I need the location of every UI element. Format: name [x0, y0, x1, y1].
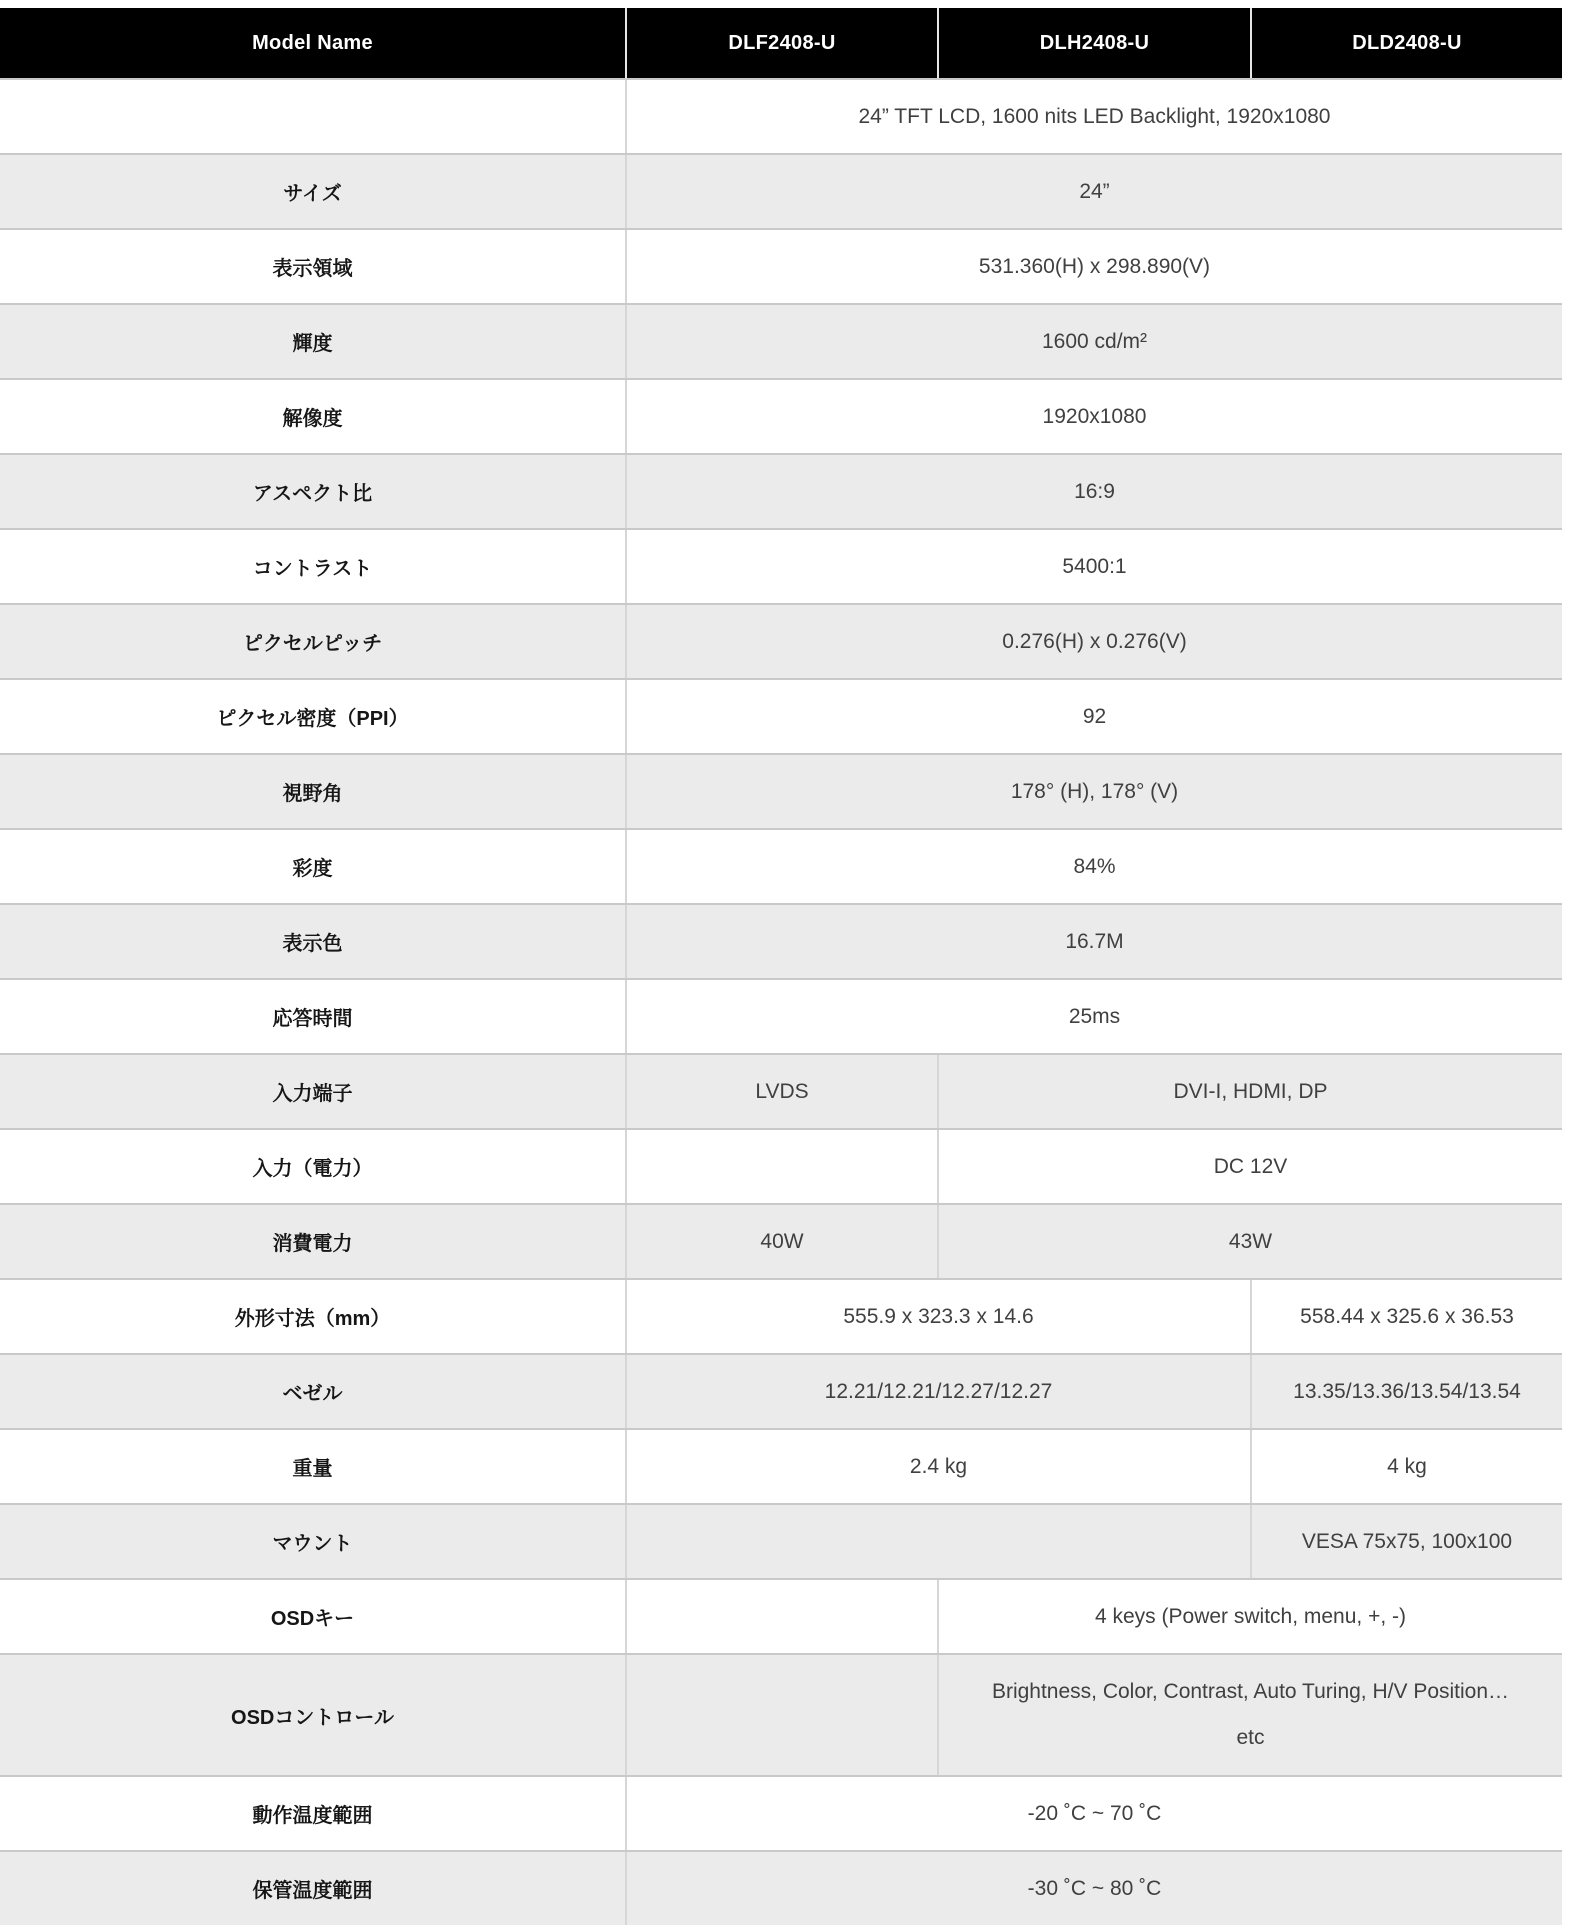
row-value-dld: 558.44 x 325.6 x 36.53 — [1250, 1280, 1562, 1353]
row-label: マウント — [0, 1505, 625, 1578]
row-label: OSDキー — [0, 1580, 625, 1653]
spec-row-weight: 重量 2.4 kg 4 kg — [0, 1428, 1562, 1503]
monitor-spec-table: Model Name DLF2408-U DLH2408-U DLD2408-U… — [0, 8, 1562, 1925]
spec-row-display-area: 表示領域 531.360(H) x 298.890(V) — [0, 228, 1562, 303]
spec-row-contrast: コントラスト 5400:1 — [0, 528, 1562, 603]
row-label: アスペクト比 — [0, 455, 625, 528]
row-label: 解像度 — [0, 380, 625, 453]
row-label: 保管温度範囲 — [0, 1852, 625, 1925]
row-value-dlf — [625, 1580, 937, 1653]
spec-row-display-colors: 表示色 16.7M — [0, 903, 1562, 978]
row-value-dld: 13.35/13.36/13.54/13.54 — [1250, 1355, 1562, 1428]
row-value-dld: VESA 75x75, 100x100 — [1250, 1505, 1562, 1578]
row-label: 輝度 — [0, 305, 625, 378]
row-label: 動作温度範囲 — [0, 1777, 625, 1850]
row-label — [0, 80, 625, 153]
row-value-dlf: 40W — [625, 1205, 937, 1278]
row-label: 入力（電力） — [0, 1130, 625, 1203]
row-label: ベゼル — [0, 1355, 625, 1428]
spec-row-operating-temp: 動作温度範囲 -20 ˚C ~ 70 ˚C — [0, 1775, 1562, 1850]
row-label: 視野角 — [0, 755, 625, 828]
row-label: OSDコントロール — [0, 1655, 625, 1775]
header-cell-dlf2408-u: DLF2408-U — [625, 8, 937, 78]
row-label: 彩度 — [0, 830, 625, 903]
row-value-dlf — [625, 1130, 937, 1203]
header-cell-dlh2408-u: DLH2408-U — [937, 8, 1250, 78]
spec-row-input-ports: 入力端子 LVDS DVI-I, HDMI, DP — [0, 1053, 1562, 1128]
spec-row-mount: マウント VESA 75x75, 100x100 — [0, 1503, 1562, 1578]
row-value-dlf-dlh — [625, 1505, 1250, 1578]
spec-row-brightness: 輝度 1600 cd/m² — [0, 303, 1562, 378]
row-value-dlf-dlh: 555.9 x 323.3 x 14.6 — [625, 1280, 1250, 1353]
spec-row-osd-keys: OSDキー 4 keys (Power switch, menu, +, -) — [0, 1578, 1562, 1653]
row-value: 16.7M — [625, 905, 1562, 978]
row-value: 24” TFT LCD, 1600 nits LED Backlight, 19… — [625, 80, 1562, 153]
row-value-dlf — [625, 1655, 937, 1775]
row-label: 応答時間 — [0, 980, 625, 1053]
row-value-dlf: LVDS — [625, 1055, 937, 1128]
row-value-dlh-dld: DC 12V — [937, 1130, 1562, 1203]
row-value-dld: 4 kg — [1250, 1430, 1562, 1503]
row-value: 24” — [625, 155, 1562, 228]
spec-row-osd-control: OSDコントロール Brightness, Color, Contrast, A… — [0, 1653, 1562, 1775]
row-value: 178° (H), 178° (V) — [625, 755, 1562, 828]
row-value: 25ms — [625, 980, 1562, 1053]
row-value: 92 — [625, 680, 1562, 753]
spec-row-viewing-angle: 視野角 178° (H), 178° (V) — [0, 753, 1562, 828]
row-label: ピクセル密度（PPI） — [0, 680, 625, 753]
row-label: サイズ — [0, 155, 625, 228]
spec-row-bezel: ベゼル 12.21/12.21/12.27/12.27 13.35/13.36/… — [0, 1353, 1562, 1428]
row-label: 表示領域 — [0, 230, 625, 303]
row-label: ピクセルピッチ — [0, 605, 625, 678]
row-value: 84% — [625, 830, 1562, 903]
table-header-row: Model Name DLF2408-U DLH2408-U DLD2408-U — [0, 8, 1562, 78]
row-value-dlh-dld: 4 keys (Power switch, menu, +, -) — [937, 1580, 1562, 1653]
spec-row-size: サイズ 24” — [0, 153, 1562, 228]
row-value-dlh-dld: Brightness, Color, Contrast, Auto Turing… — [937, 1655, 1562, 1775]
header-cell-model-name: Model Name — [0, 8, 625, 78]
row-value-dlf-dlh: 12.21/12.21/12.27/12.27 — [625, 1355, 1250, 1428]
spec-row-panel: 24” TFT LCD, 1600 nits LED Backlight, 19… — [0, 78, 1562, 153]
row-value: -20 ˚C ~ 70 ˚C — [625, 1777, 1562, 1850]
row-label: 外形寸法（mm） — [0, 1280, 625, 1353]
spec-row-pixel-pitch: ピクセルピッチ 0.276(H) x 0.276(V) — [0, 603, 1562, 678]
spec-row-pixel-density: ピクセル密度（PPI） 92 — [0, 678, 1562, 753]
row-value-dlh-dld: 43W — [937, 1205, 1562, 1278]
row-value: 1600 cd/m² — [625, 305, 1562, 378]
row-value: 5400:1 — [625, 530, 1562, 603]
row-label: 重量 — [0, 1430, 625, 1503]
spec-row-resolution: 解像度 1920x1080 — [0, 378, 1562, 453]
row-value-dlh-dld: DVI-I, HDMI, DP — [937, 1055, 1562, 1128]
row-label: 消費電力 — [0, 1205, 625, 1278]
row-value: -30 ˚C ~ 80 ˚C — [625, 1852, 1562, 1925]
row-label: 表示色 — [0, 905, 625, 978]
spec-row-saturation: 彩度 84% — [0, 828, 1562, 903]
row-value-dlf-dlh: 2.4 kg — [625, 1430, 1250, 1503]
spec-row-aspect-ratio: アスペクト比 16:9 — [0, 453, 1562, 528]
row-label: 入力端子 — [0, 1055, 625, 1128]
row-value: 1920x1080 — [625, 380, 1562, 453]
spec-row-response-time: 応答時間 25ms — [0, 978, 1562, 1053]
row-value: 16:9 — [625, 455, 1562, 528]
spec-row-dimensions: 外形寸法（mm） 555.9 x 323.3 x 14.6 558.44 x 3… — [0, 1278, 1562, 1353]
row-label: コントラスト — [0, 530, 625, 603]
spec-row-storage-temp: 保管温度範囲 -30 ˚C ~ 80 ˚C — [0, 1850, 1562, 1925]
spec-row-power-consumption: 消費電力 40W 43W — [0, 1203, 1562, 1278]
row-value: 531.360(H) x 298.890(V) — [625, 230, 1562, 303]
spec-row-power-input: 入力（電力） DC 12V — [0, 1128, 1562, 1203]
row-value: 0.276(H) x 0.276(V) — [625, 605, 1562, 678]
header-cell-dld2408-u: DLD2408-U — [1250, 8, 1562, 78]
